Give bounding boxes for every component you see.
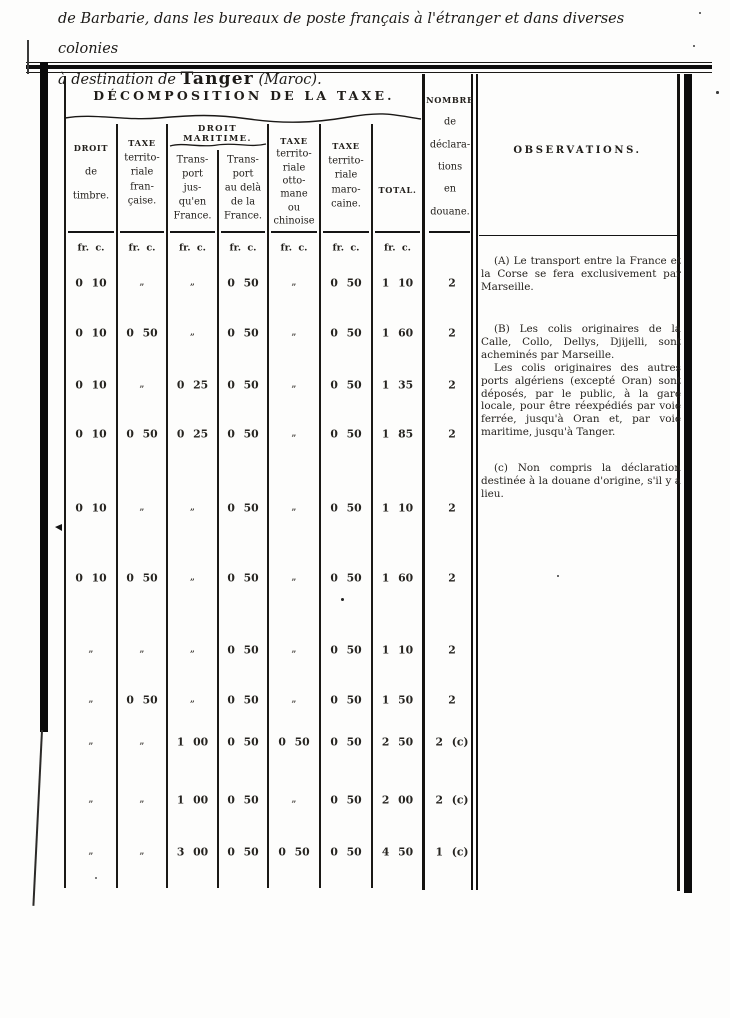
observation-note-c: (c) Non compris la déclaration destinée … xyxy=(481,462,681,501)
table-cell: 1 50 xyxy=(382,694,413,707)
ditto-mark: „ xyxy=(140,278,145,288)
ditto-mark: „ xyxy=(292,380,297,390)
column-line-5 xyxy=(319,124,320,888)
table-cell: 0 50 xyxy=(330,572,361,585)
column-header-line: riale xyxy=(335,170,358,181)
column-line-7-heavy xyxy=(422,74,425,890)
table-cell: 0 25 xyxy=(177,428,208,441)
unit-label: fr. c. xyxy=(230,243,257,254)
table-cell: 0 50 xyxy=(126,428,157,441)
column-header-line: DROIT xyxy=(74,143,108,153)
table-cell: 1 10 xyxy=(382,502,413,515)
top-rule-thin xyxy=(26,62,712,63)
ditto-mark: „ xyxy=(190,573,195,583)
right-binding-bar xyxy=(684,74,692,893)
table-cell: 0 50 xyxy=(227,794,258,807)
table-cell: 0 10 xyxy=(75,327,106,340)
top-rule-thin-2 xyxy=(26,72,712,73)
ditto-mark: „ xyxy=(140,645,145,655)
column-header-line: caine. xyxy=(331,199,361,210)
table-cell: 0 50 xyxy=(126,694,157,707)
column-header-line: tions xyxy=(438,161,462,172)
ditto-mark: „ xyxy=(190,328,195,338)
column-header-line: ou xyxy=(288,202,300,213)
column-header-line: qu'en xyxy=(179,197,206,208)
table-cell: 1 00 xyxy=(177,794,208,807)
table-cell: 0 50 xyxy=(227,379,258,392)
scanned-document-page: de Barbarie, dans les bureaux de poste f… xyxy=(0,0,730,1018)
scan-speck xyxy=(557,575,559,577)
ditto-mark: „ xyxy=(140,737,145,747)
table-cell: 0 50 xyxy=(330,644,361,657)
ditto-mark: „ xyxy=(292,503,297,513)
stray-dot xyxy=(341,598,344,601)
column-header-line: territo- xyxy=(328,155,363,166)
column-line-6 xyxy=(371,124,372,888)
table-cell: 0 50 xyxy=(227,327,258,340)
intro-line2-suffix: (Maroc). xyxy=(254,72,322,88)
column-header-line: chinoise xyxy=(273,215,314,226)
ditto-mark: „ xyxy=(292,645,297,655)
table-cell: 0 50 xyxy=(227,736,258,749)
table-cell: 0 25 xyxy=(177,379,208,392)
table-cell: 0 50 xyxy=(330,694,361,707)
ditto-mark: „ xyxy=(292,695,297,705)
top-rule-thick xyxy=(26,65,712,69)
table-cell: 1 35 xyxy=(382,379,413,392)
ditto-mark: „ xyxy=(190,695,195,705)
table-cell: 1 60 xyxy=(382,327,413,340)
header-separator xyxy=(170,231,215,233)
header-separator xyxy=(429,231,470,233)
left-binding-bar xyxy=(40,62,48,732)
column-line-8a-heavy xyxy=(471,74,473,890)
table-cell: 2 (c) xyxy=(435,794,468,807)
table-cell: 2 xyxy=(448,694,456,707)
intro-paragraph: de Barbarie, dans les bureaux de poste f… xyxy=(58,4,688,95)
column-header-line: fran- xyxy=(130,181,154,192)
table-cell: 2 50 xyxy=(382,736,413,749)
left-binding-line xyxy=(32,730,43,906)
scan-speck xyxy=(95,877,97,879)
unit-label: fr. c. xyxy=(179,243,206,254)
table-cell: 0 10 xyxy=(75,502,106,515)
table-cell: 2 xyxy=(448,644,456,657)
intro-line2-prefix: à destination de xyxy=(58,72,181,88)
column-header-line: riale xyxy=(283,162,306,173)
unit-label: fr. c. xyxy=(129,243,156,254)
table-cell: 4 50 xyxy=(382,846,413,859)
table-cell: 2 xyxy=(448,502,456,515)
ditto-mark: „ xyxy=(140,503,145,513)
note-a-text: (A) Le transport entre la France et la C… xyxy=(481,255,681,294)
ditto-mark: „ xyxy=(89,695,94,705)
unit-label: fr. c. xyxy=(281,243,308,254)
table-cell: 2 xyxy=(448,327,456,340)
table-cell: 0 50 xyxy=(227,428,258,441)
table-cell: 2 xyxy=(448,379,456,392)
column-header-line: France. xyxy=(224,211,262,222)
table-cell: 0 10 xyxy=(75,572,106,585)
column-header-line: Trans- xyxy=(177,155,209,166)
table-cell: 1 60 xyxy=(382,572,413,585)
column-header-line: douane. xyxy=(430,206,470,217)
table-cell: 1 10 xyxy=(382,644,413,657)
table-cell: 2 (c) xyxy=(435,736,468,749)
table-cell: 0 50 xyxy=(227,572,258,585)
unit-label: fr. c. xyxy=(333,243,360,254)
table-cell: 0 50 xyxy=(227,846,258,859)
column-header-line: au delà xyxy=(225,183,261,194)
table-cell: 1 10 xyxy=(382,277,413,290)
column-header-line: timbre. xyxy=(73,191,109,202)
table-cell: 0 50 xyxy=(126,327,157,340)
left-margin-line xyxy=(27,40,29,74)
header-separator xyxy=(375,231,420,233)
column-header-line: France. xyxy=(173,211,211,222)
observation-note-a: (A) Le transport entre la France et la C… xyxy=(481,255,681,294)
ditto-mark: „ xyxy=(292,328,297,338)
scan-speck xyxy=(693,45,695,47)
table-cell: 0 50 xyxy=(330,277,361,290)
column-header-line: maro- xyxy=(331,184,360,195)
table-cell: 0 50 xyxy=(227,694,258,707)
observations-header-underline xyxy=(479,235,677,237)
column-header-line: port xyxy=(182,169,203,180)
table-cell: 1 00 xyxy=(177,736,208,749)
column-header-line: de xyxy=(444,117,456,128)
table-cell: 2 xyxy=(448,428,456,441)
ditto-mark: „ xyxy=(292,429,297,439)
column-header-line: port xyxy=(233,169,254,180)
table-cell: 0 50 xyxy=(330,428,361,441)
column-line-2 xyxy=(166,124,167,888)
header-separator xyxy=(221,231,265,233)
table-cell: 0 50 xyxy=(330,502,361,515)
ditto-mark: „ xyxy=(89,847,94,857)
table-cell: 2 xyxy=(448,572,456,585)
column-header-line: otto- xyxy=(283,175,306,186)
column-header-line: TAXE xyxy=(128,138,155,148)
table-cell: 0 50 xyxy=(227,644,258,657)
table-cell: 0 50 xyxy=(227,277,258,290)
table-title: DÉCOMPOSITION DE LA TAXE. xyxy=(65,88,423,103)
header-separator xyxy=(68,231,114,233)
ditto-mark: „ xyxy=(89,645,94,655)
column-header-line: TAXE xyxy=(332,141,359,151)
table-left-border xyxy=(64,76,66,888)
header-separator xyxy=(120,231,164,233)
column-header-line: TOTAL. xyxy=(378,185,416,195)
ditto-mark: „ xyxy=(292,795,297,805)
table-cell: 0 50 xyxy=(330,327,361,340)
table-cell: 0 10 xyxy=(75,277,106,290)
ditto-mark: „ xyxy=(190,278,195,288)
column-header-line: mane xyxy=(280,189,307,200)
ditto-mark: „ xyxy=(89,795,94,805)
ditto-mark: „ xyxy=(140,380,145,390)
table-cell: 3 00 xyxy=(177,846,208,859)
table-cell: 0 10 xyxy=(75,428,106,441)
table-cell: 0 50 xyxy=(330,794,361,807)
column-header-line: TAXE xyxy=(280,136,307,146)
unit-label: fr. c. xyxy=(78,243,105,254)
title-underline-squiggle xyxy=(64,110,423,124)
header-separator xyxy=(271,231,317,233)
note-c-text: (c) Non compris la déclaration destinée … xyxy=(481,462,681,501)
column-header-line: Trans- xyxy=(227,155,259,166)
ditto-mark: „ xyxy=(190,645,195,655)
column-header-line: en xyxy=(444,184,456,195)
note-b-text: (B) Les colis originaires de la Calle, C… xyxy=(481,323,681,362)
observation-note-b: (B) Les colis originaires de la Calle, C… xyxy=(481,323,681,439)
table-cell: 1 85 xyxy=(382,428,413,441)
table-cell: 2 00 xyxy=(382,794,413,807)
note-b2-text: Les colis originaires des autres ports a… xyxy=(481,362,681,439)
column-header-line: NOMBRE xyxy=(426,95,474,105)
column-header-line: çaise. xyxy=(128,196,156,207)
ditto-mark: „ xyxy=(190,503,195,513)
ditto-mark: „ xyxy=(292,278,297,288)
ditto-mark: „ xyxy=(89,737,94,747)
scan-speck xyxy=(716,91,719,94)
column-header-line: jus- xyxy=(184,183,202,194)
scan-speck xyxy=(699,12,701,14)
table-cell: 0 50 xyxy=(330,379,361,392)
column-header-line: territo- xyxy=(276,149,311,160)
unit-label: fr. c. xyxy=(384,243,411,254)
column-line-8b-heavy xyxy=(476,74,478,890)
observations-column-header: OBSERVATIONS. xyxy=(477,145,678,156)
table-cell: 0 10 xyxy=(75,379,106,392)
table-cell: 0 50 xyxy=(330,736,361,749)
table-cell: 0 50 xyxy=(227,502,258,515)
header-separator xyxy=(323,231,369,233)
table-cell: 0 50 xyxy=(330,846,361,859)
table-cell: 1 (c) xyxy=(435,846,468,859)
margin-arrow-mark xyxy=(55,524,62,531)
column-header-line: territo- xyxy=(124,152,159,163)
column-line-3 xyxy=(217,150,218,888)
table-cell: 2 xyxy=(448,277,456,290)
column-line-4 xyxy=(267,124,268,888)
column-header-line: riale xyxy=(131,167,154,178)
column-header-line: de xyxy=(85,167,97,178)
table-cell: 0 50 xyxy=(126,572,157,585)
ditto-mark: „ xyxy=(140,795,145,805)
table-cell: 0 50 xyxy=(278,736,309,749)
ditto-mark: „ xyxy=(292,573,297,583)
column-header-line: déclara- xyxy=(430,139,470,150)
ditto-mark: „ xyxy=(140,847,145,857)
column-header-line: de la xyxy=(231,197,255,208)
intro-line-1: de Barbarie, dans les bureaux de poste f… xyxy=(58,4,688,64)
table-cell: 0 50 xyxy=(278,846,309,859)
column-line-1 xyxy=(116,124,117,888)
